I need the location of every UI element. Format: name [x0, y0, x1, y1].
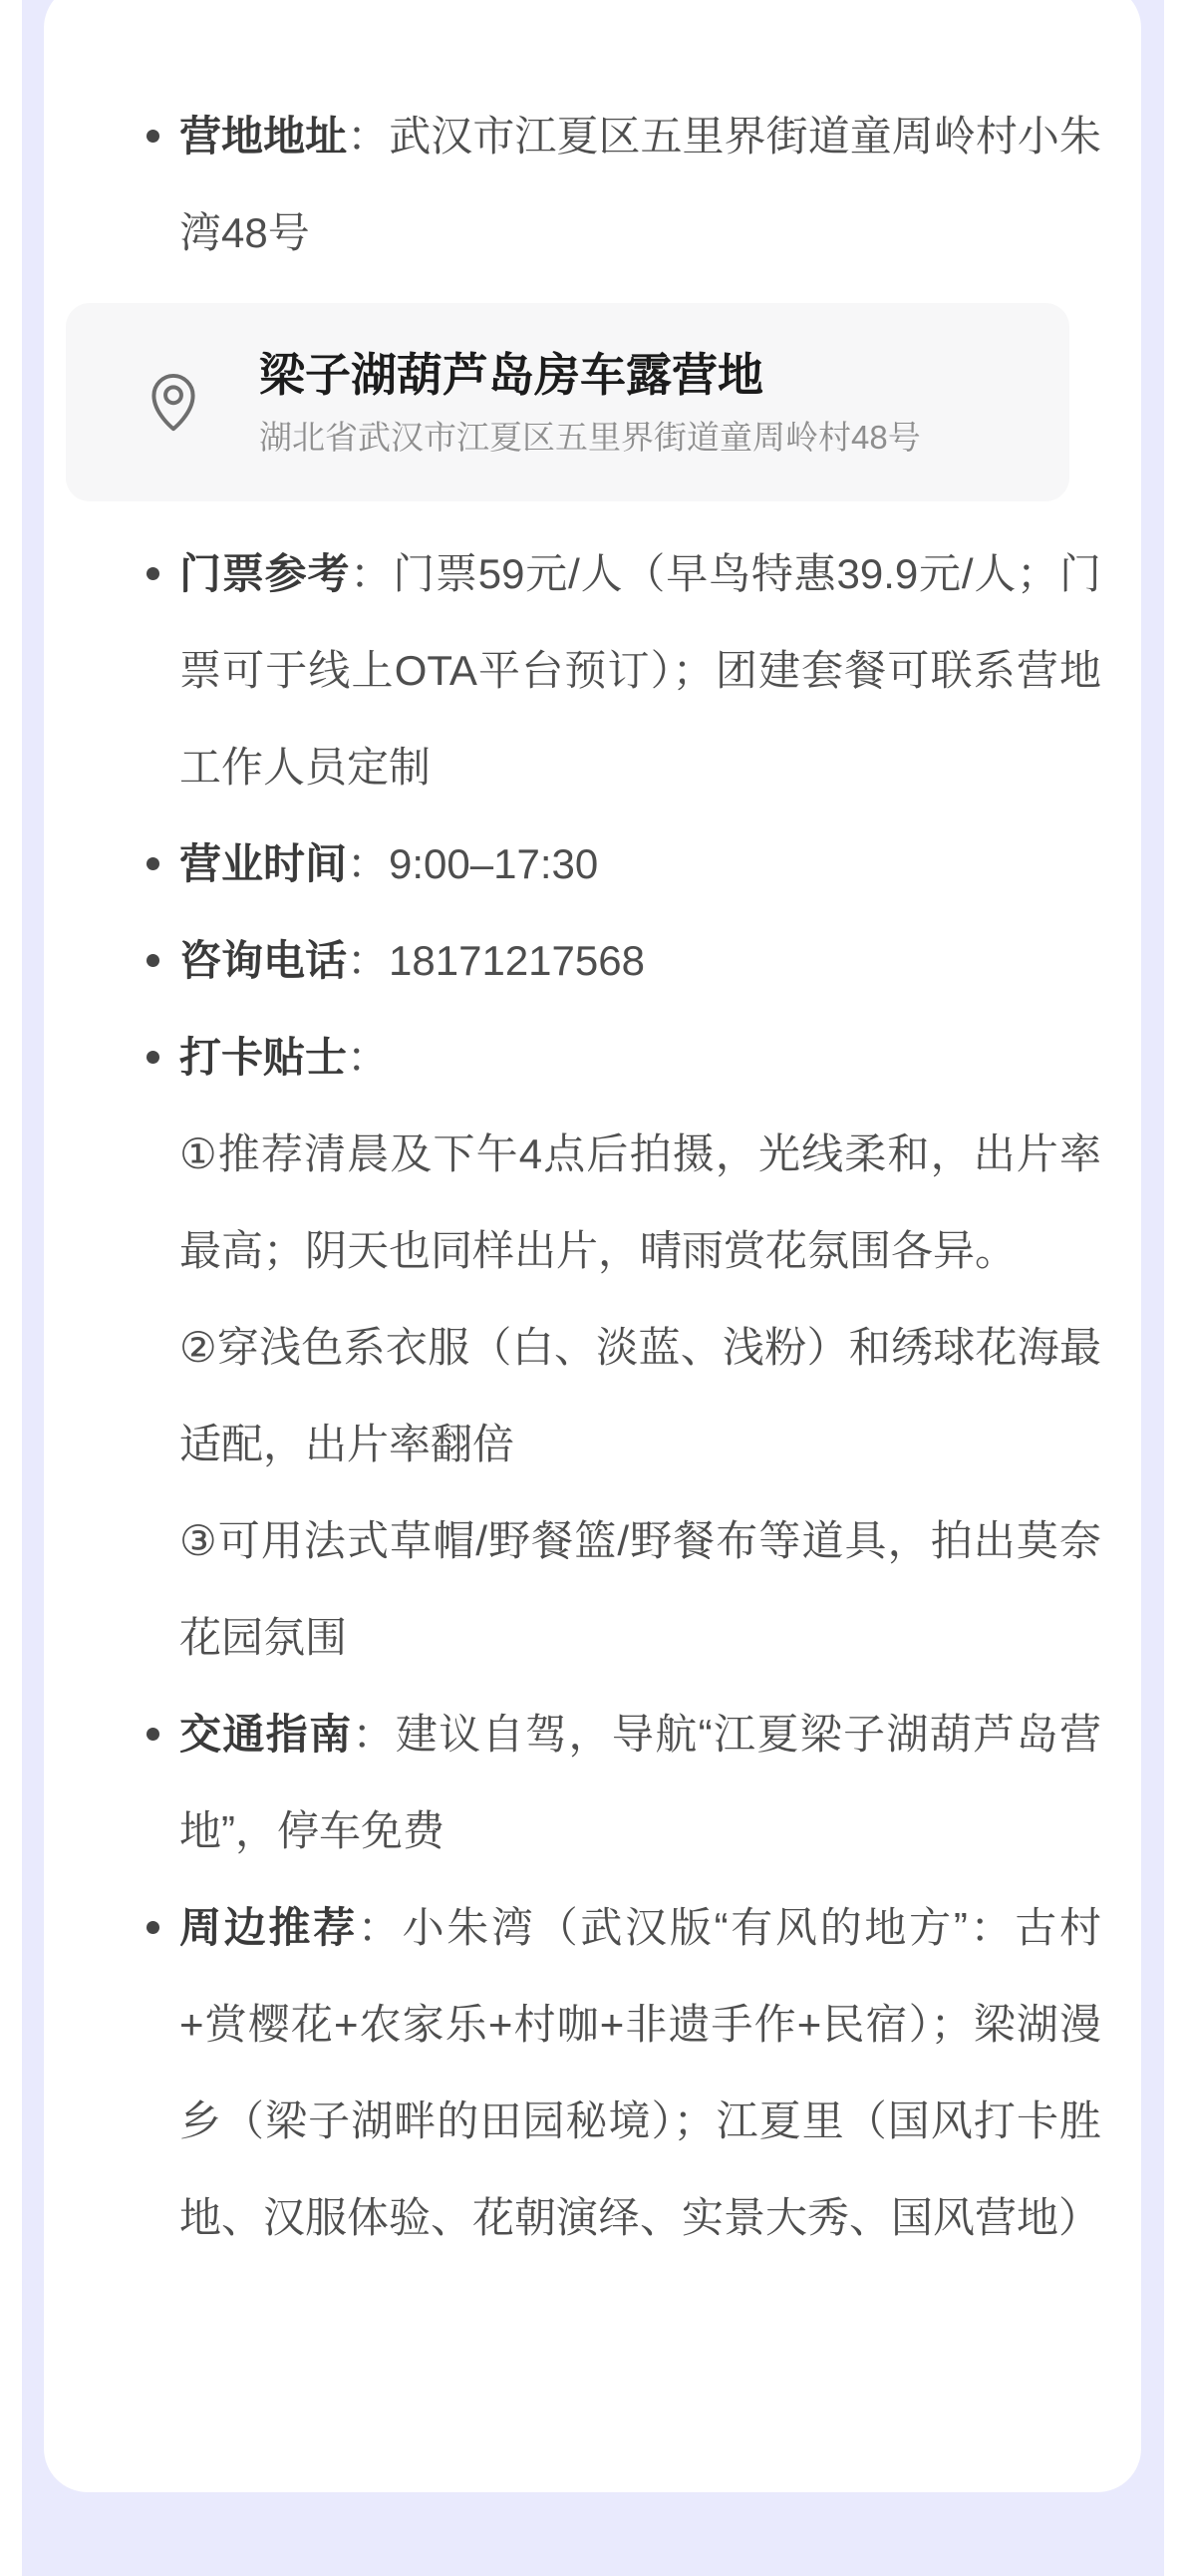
- location-name: 梁子湖葫芦岛房车露营地: [259, 347, 1030, 405]
- list-item-phone: 咨询电话：18171217568: [179, 912, 1101, 1009]
- list-item-transport: 交通指南：建议自驾，导航“江夏梁子湖葫芦岛营地”，停车免费: [179, 1686, 1101, 1879]
- content-card: 营地地址：武汉市江夏区五里界街道童周岭村小朱湾48号 梁子湖葫芦岛房车露营地 湖…: [44, 0, 1141, 2492]
- business-hours-label: 营业时间: [179, 840, 347, 887]
- nearby-colon: ：: [358, 1904, 403, 1951]
- business-hours-colon: ：: [347, 840, 389, 887]
- bullet-dot: [147, 857, 159, 870]
- transport-label: 交通指南: [179, 1711, 353, 1758]
- list-item-camp-address: 营地地址：武汉市江夏区五里界街道童周岭村小朱湾48号: [179, 88, 1101, 281]
- list-item-photo-tips: 打卡贴士： ①推荐清晨及下午4点后拍摄，光线柔和，出片率最高；阴天也同样出片，晴…: [179, 1009, 1101, 1686]
- bullet-dot: [147, 1921, 159, 1934]
- photo-tip-3: ③可用法式草帽/野餐篮/野餐布等道具，拍出莫奈花园氛围: [179, 1492, 1101, 1686]
- bullet-dot: [147, 1051, 159, 1064]
- bullet-dot: [147, 954, 159, 967]
- photo-tips-label: 打卡贴士: [179, 1034, 347, 1081]
- list-item-ticket-info: 门票参考：门票59元/人（早鸟特惠39.9元/人；门票可于线上OTA平台预订）；…: [179, 525, 1101, 815]
- phone-label: 咨询电话: [179, 937, 347, 984]
- location-text-block: 梁子湖葫芦岛房车露营地 湖北省武汉市江夏区五里界街道童周岭村48号: [259, 347, 1030, 458]
- photo-tip-1: ①推荐清晨及下午4点后拍摄，光线柔和，出片率最高；阴天也同样出片，晴雨赏花氛围各…: [179, 1106, 1101, 1299]
- list-item-business-hours: 营业时间：9:00–17:30: [179, 815, 1101, 912]
- phone-number-text: 18171217568: [389, 937, 645, 984]
- bullet-dot: [147, 130, 159, 143]
- ticket-info-colon: ：: [350, 550, 393, 597]
- list-item-nearby: 周边推荐：小朱湾（武汉版“有风的地方”：古村+赏樱花+农家乐+村咖+非遗手作+民…: [179, 1879, 1101, 2266]
- ticket-info-label: 门票参考: [179, 550, 350, 597]
- business-hours-text: 9:00–17:30: [389, 840, 598, 887]
- location-card[interactable]: 梁子湖葫芦岛房车露营地 湖北省武汉市江夏区五里界街道童周岭村48号: [66, 303, 1069, 501]
- nearby-text: 小朱湾（武汉版“有风的地方”：古村+赏樱花+农家乐+村咖+非遗手作+民宿）；梁湖…: [179, 1904, 1101, 2241]
- photo-tip-2: ②穿浅色系衣服（白、淡蓝、浅粉）和绣球花海最适配，出片率翻倍: [179, 1299, 1101, 1492]
- camp-address-colon: ：: [347, 113, 389, 160]
- bullet-dot: [147, 567, 159, 580]
- photo-tips-colon: ：: [347, 1034, 389, 1081]
- camp-address-label: 营地地址: [179, 113, 347, 160]
- nearby-label: 周边推荐: [179, 1904, 358, 1951]
- map-pin-icon: [146, 371, 201, 435]
- phone-colon: ：: [347, 937, 389, 984]
- location-address: 湖北省武汉市江夏区五里界街道童周岭村48号: [259, 417, 1030, 458]
- transport-colon: ：: [353, 1711, 396, 1758]
- bullet-dot: [147, 1728, 159, 1741]
